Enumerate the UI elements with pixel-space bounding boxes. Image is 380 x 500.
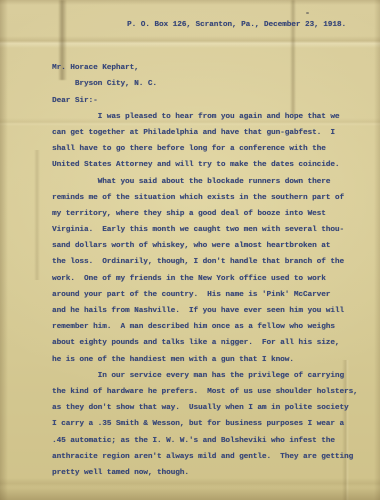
spacer — [52, 33, 374, 60]
letter-line: the loss. Ordinarily, though, I don't ha… — [52, 254, 374, 270]
letter-line: and he hails from Nashville. If you have… — [52, 303, 374, 319]
paper-edge-shadow — [374, 0, 380, 500]
letter-line: reminds me of the situation which exists… — [52, 190, 374, 206]
letter-line: the kind of hardware he prefers. Most of… — [52, 384, 374, 400]
letter-line: he is one of the handiest men with a gun… — [52, 352, 374, 368]
dateline: P. O. Box 126, Scranton, Pa., December 2… — [127, 17, 374, 33]
letter-line: around your part of the country. His nam… — [52, 287, 374, 303]
letter-line: What you said about the blockade runners… — [52, 174, 374, 190]
ink-speck — [306, 12, 309, 14]
recipient-address: Bryson City, N. C. — [52, 76, 374, 92]
letter-line: about eighty pounds and talks like a nig… — [52, 335, 374, 351]
vertical-fold-crease — [34, 150, 40, 280]
letter-line: .45 automatic; as the I. W. W.'s and Bol… — [52, 433, 374, 449]
letter-line: anthracite region aren't always mild and… — [52, 449, 374, 465]
letter-line: Virginia. Early this month we caught two… — [52, 222, 374, 238]
letter-line: sand dollars worth of whiskey, who were … — [52, 238, 374, 254]
letter-line: United States Attorney and will try to m… — [52, 157, 374, 173]
letter-line: work. One of my friends in the New York … — [52, 271, 374, 287]
recipient-name: Mr. Horace Kephart, — [52, 60, 374, 76]
letter-line: my territory, where they ship a good dea… — [52, 206, 374, 222]
salutation: Dear Sir:- — [52, 93, 374, 109]
letter-page: P. O. Box 126, Scranton, Pa., December 2… — [0, 0, 380, 500]
letter-line: I carry a .35 Smith & Wesson, but for bu… — [52, 416, 374, 432]
letter-line: as they don't show that way. Usually whe… — [52, 400, 374, 416]
letter-line: In our service every man has the privile… — [52, 368, 374, 384]
letter-body-text: P. O. Box 126, Scranton, Pa., December 2… — [52, 17, 374, 481]
paper-edge-shadow — [0, 0, 8, 500]
paper-edge-shadow — [0, 0, 380, 5]
letter-line: can get together at Philadelphia and hav… — [52, 125, 374, 141]
paper-edge-shadow — [0, 486, 380, 500]
letter-line: shall have to go there before long for a… — [52, 141, 374, 157]
letter-line: remember him. A man described him once a… — [52, 319, 374, 335]
letter-line: I was pleased to hear from you again and… — [52, 109, 374, 125]
letter-line: pretty well tamed now, though. — [52, 465, 374, 481]
